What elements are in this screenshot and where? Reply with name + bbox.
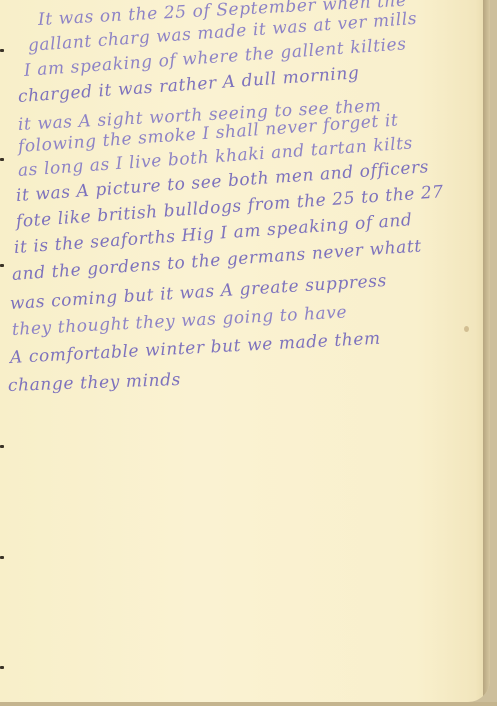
binding-hole — [0, 445, 4, 448]
binding-hole — [0, 158, 4, 161]
paper-stain — [464, 326, 469, 332]
binding-hole — [0, 666, 4, 669]
page-bottom-shadow — [0, 702, 497, 706]
binding-hole — [0, 264, 4, 267]
notebook-page: It was on the 25 of September when the g… — [0, 0, 490, 702]
page-edge-shadow — [483, 0, 490, 702]
text-line-15: change they minds — [8, 370, 182, 396]
binding-hole — [0, 556, 4, 559]
binding-hole — [0, 49, 4, 52]
